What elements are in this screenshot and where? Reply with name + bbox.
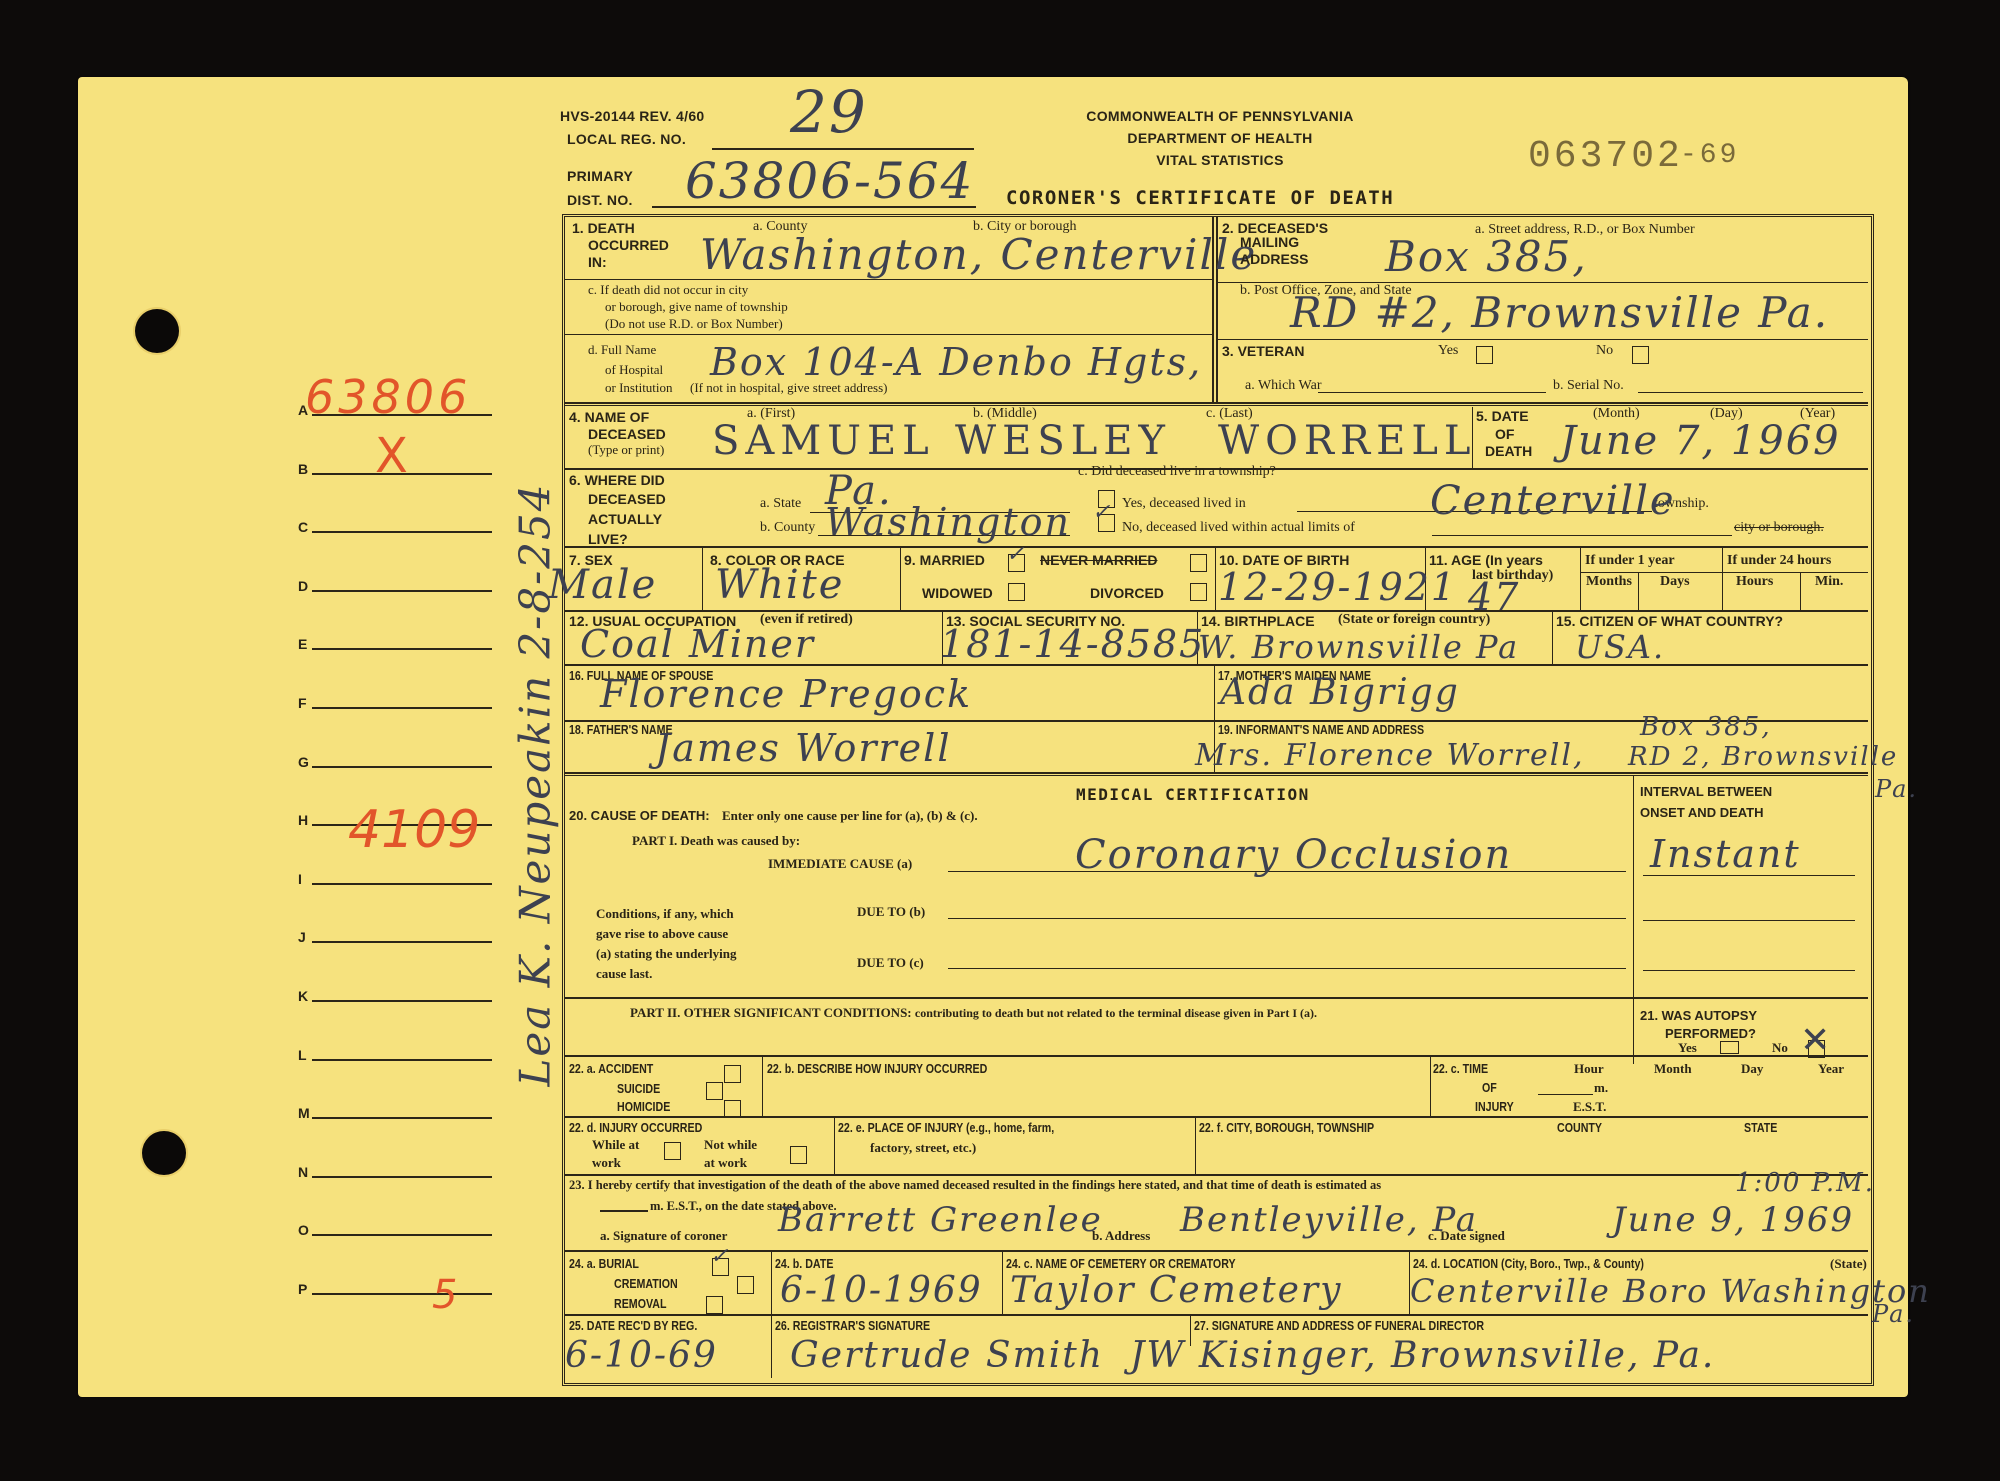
s5-label-3: DEATH [1485,442,1532,461]
s2-label-3: ADDRESS [1240,250,1308,269]
s3-no-label: No [1596,343,1613,359]
autopsy-yes-label: Yes [1678,1040,1697,1056]
s13-value: 181-14-8585 [940,622,1205,666]
margin-letter: F [298,695,307,711]
s22f-county: COUNTY [1557,1120,1602,1135]
margin-line [312,1059,492,1061]
cremation-checkbox[interactable] [737,1276,754,1294]
homicide-checkbox[interactable] [724,1100,741,1118]
s17-value: Ada Bigrigg [1220,672,1460,713]
part2-rest: contributing to death but not related to… [915,1006,1317,1020]
s3-yes-label: Yes [1438,343,1458,359]
certificate-year: -69 [1680,140,1739,171]
township-no-check-mark: ✓ [1092,500,1112,525]
s6-label-2: DECEASED [588,490,666,509]
s4-last-value: WORRELL [1218,418,1476,464]
s22d-label: 22. d. INJURY OCCURRED [569,1120,702,1135]
conditions-4: cause last. [596,966,652,982]
divider [1002,1252,1003,1314]
s22c-day: Day [1741,1061,1763,1077]
serial-line [1638,392,1863,393]
local-reg-label: LOCAL REG. NO. [567,131,686,147]
limits-line [1432,535,1732,536]
margin-letter: C [298,519,308,535]
interval-line-c [1643,970,1855,971]
margin-line [312,1234,492,1236]
s14-value: W. Brownsville Pa [1198,628,1519,666]
medical-heading: MEDICAL CERTIFICATION [1076,785,1310,804]
s6-county-label: b. County [760,520,815,536]
s23-date-label: c. Date signed [1428,1228,1505,1244]
s22-homicide: HOMICIDE [617,1099,670,1114]
s19-label: 19. INFORMANT'S NAME AND ADDRESS [1218,722,1424,737]
autopsy-yes-checkbox[interactable] [1720,1041,1739,1054]
margin-line [312,707,492,709]
s23-date-value: June 9, 1969 [1612,1200,1854,1240]
s2-post-value: RD #2, Brownsville Pa. [1290,288,1829,337]
margin-letter: P [298,1281,307,1297]
s22f-state: STATE [1744,1120,1777,1135]
margin-letter: M [298,1105,310,1121]
margin-vertical-note: Lea K. Neupeakin 2-8-254 [511,435,560,1135]
s4-label-3: (Type or print) [588,442,664,458]
s6-no-option: No, deceased lived within actual limits … [1122,520,1355,536]
widowed-checkbox[interactable] [1008,583,1025,601]
divider [900,548,901,610]
margin-red-h: 4109 [348,800,480,860]
margin-line [312,1293,492,1295]
divider [565,1116,1868,1118]
cause-label: 20. CAUSE OF DEATH: [569,808,710,823]
divider [1215,548,1216,610]
s22c-label-3: INJURY [1475,1099,1514,1114]
margin-letter: K [298,988,308,1004]
immediate-label: IMMEDIATE CAUSE (a) [768,856,912,872]
s22c-year: Year [1818,1061,1844,1077]
s15-value: USA. [1575,628,1665,666]
divider [1722,548,1723,610]
s23-address-label: b. Address [1092,1228,1150,1244]
divider [1552,612,1553,664]
due-c-label: DUE TO (c) [857,955,924,971]
divider [565,402,1868,404]
divider [565,334,1213,335]
s22c-label-2: OF [1482,1080,1497,1095]
s1-label-3: IN: [588,253,607,272]
s16-value: Florence Pregock [600,672,972,716]
margin-red-b: X [375,428,408,484]
s11-months-label: Months [1586,574,1632,590]
s24b-label: 24. b. DATE [775,1256,833,1271]
punch-hole-top [135,309,179,353]
s5-label-1: 5. DATE [1476,407,1529,426]
divorced-checkbox[interactable] [1190,583,1207,601]
s22e-label-2: factory, street, etc.) [870,1140,976,1156]
margin-line [312,766,492,768]
s11-under1-label: If under 1 year [1585,553,1675,569]
s24c-label: 24. c. NAME OF CEMETERY OR CREMATORY [1006,1256,1236,1271]
divider [565,1250,1868,1252]
s1-township-1: c. If death did not occur in city [588,282,748,298]
due-b-label: DUE TO (b) [857,904,925,920]
s1-township-2: or borough, give name of township [605,299,788,315]
margin-line [312,1176,492,1178]
s6-label-1: 6. WHERE DID [569,463,665,490]
margin-line [312,883,492,885]
local-reg-line [712,148,974,150]
agency-line-1: COMMONWEALTH OF PENNSYLVANIA [1060,108,1380,124]
divider [1800,572,1801,610]
s4-first-value: SAMUEL [712,418,935,464]
s6-township-question: c. Did deceased live in a township? [1078,464,1276,480]
s14-hint: (State or foreign country) [1338,612,1490,628]
s22d-not-1: Not while [704,1137,757,1153]
s11-min-label: Min. [1815,574,1843,590]
s24-removal: REMOVAL [614,1296,667,1311]
s22e-label-1: 22. e. PLACE OF INJURY (e.g., home, farm… [838,1120,1054,1135]
s2-street-value: Box 385, [1385,232,1588,281]
local-reg-value: 29 [790,78,868,146]
s22a-label: 22. a. ACCIDENT [569,1061,653,1076]
divider [1633,776,1634,1064]
s22c-m: m. [1594,1080,1608,1096]
s6-yes-option: Yes, deceased lived in [1122,496,1246,512]
suicide-checkbox[interactable] [706,1082,723,1100]
dist-value: 63806-564 [685,152,974,210]
s18-value: James Worrell [655,726,951,770]
s10-value: 12-29-1921 [1218,565,1457,609]
divider [1218,339,1868,340]
s7-value: Male [548,562,657,608]
burial-check-mark: ✓ [710,1244,730,1269]
margin-line [312,531,492,533]
s24d-label: 24. d. LOCATION (City, Boro., Twp., & Co… [1413,1256,1644,1271]
autopsy-label-2: PERFORMED? [1665,1026,1756,1041]
s23-sig-value: Barrett Greenlee [778,1200,1103,1240]
war-line [1318,392,1546,393]
immediate-value: Coronary Occlusion [1075,832,1512,878]
interval-value: Instant [1650,832,1801,876]
s22d-while-1: While at [592,1137,639,1153]
s22c-label-1: 22. c. TIME [1433,1061,1488,1076]
s6-county-value: Washington [825,500,1071,544]
margin-letter: O [298,1222,309,1238]
s6-limits-value: Centerville [1430,478,1676,524]
divider [1638,572,1639,610]
s3-label: 3. VETERAN [1222,342,1304,361]
s3-war-label: a. Which War [1245,378,1322,394]
s1-hospital-1: d. Full Name [588,342,656,358]
s3-serial-label: b. Serial No. [1553,378,1624,394]
agency-line-3: VITAL STATISTICS [1060,152,1380,168]
s1-hospital-2: of Hospital [605,362,663,378]
time-line [1538,1094,1593,1095]
s11-hours-label: Hours [1736,574,1773,590]
s23-sig-label: a. Signature of coroner [600,1228,727,1244]
s22-suicide: SUICIDE [617,1081,660,1096]
interval-label-2: ONSET AND DEATH [1640,805,1764,820]
s19-value: Mrs. Florence Worrell, [1195,738,1585,773]
divider [565,1174,1868,1176]
s23-certify-text: 23. I hereby certify that investigation … [569,1178,1381,1193]
veteran-no-checkbox[interactable] [1632,346,1649,364]
s22c-month: Month [1654,1061,1692,1077]
margin-letter: G [298,754,309,770]
divider [565,546,1868,548]
s19-address-2: RD 2, Brownsville [1628,742,1898,772]
interval-line-b [1643,920,1855,921]
s27-value: JW Kisinger, Brownsville, Pa. [1130,1335,1715,1376]
part2-label: PART II. OTHER SIGNIFICANT CONDITIONS: c… [630,1005,1317,1021]
s22c-hour: Hour [1574,1061,1604,1077]
margin-letter: E [298,636,307,652]
est-line [600,1210,648,1212]
s1-hospital-value: Box 104-A Denbo Hgts, [710,340,1202,384]
margin-letter: N [298,1164,308,1180]
s25-label: 25. DATE REC'D BY REG. [569,1318,697,1333]
certificate-title: CORONER'S CERTIFICATE OF DEATH [1006,187,1394,209]
s24b-value: 6-10-1969 [780,1270,983,1311]
s6-label-4: LIVE? [588,530,628,549]
margin-line [312,1117,492,1119]
divider [565,775,1868,776]
s25-value: 6-10-69 [565,1335,718,1376]
s24-cremation: CREMATION [614,1276,678,1291]
s9-never-married: NEVER MARRIED [1040,551,1157,570]
s26-value: Gertrude Smith [790,1335,1104,1376]
s27-label: 27. SIGNATURE AND ADDRESS OF FUNERAL DIR… [1194,1318,1484,1333]
agency-line-2: DEPARTMENT OF HEALTH [1060,130,1380,146]
margin-line [312,1000,492,1002]
s11-days-label: Days [1660,574,1690,590]
divider [834,1118,835,1174]
primary-label: PRIMARY [567,168,633,184]
veteran-yes-checkbox[interactable] [1476,346,1493,364]
s6-state-label: a. State [760,496,801,512]
margin-letter: D [298,578,308,594]
s9-widowed: WIDOWED [922,584,993,603]
s22c-est: E.S.T. [1573,1099,1606,1115]
cause-hint: Enter only one cause per line for (a), (… [722,808,978,824]
s24d-state-label: (State) [1830,1256,1867,1272]
married-check-mark: ✓ [1006,542,1026,567]
divider [771,1252,772,1314]
form-id: HVS-20144 REV. 4/60 [560,108,705,124]
s24d-value: Centerville Boro Washington [1410,1272,1931,1310]
s1-county-city-value: Washington, Centerville [700,230,1257,279]
certificate-number: 063702 [1528,135,1683,178]
divider [1430,1057,1431,1116]
s6-no-suffix: city or borough. [1734,520,1824,536]
due-c-line [948,968,1626,969]
autopsy-label-1: 21. WAS AUTOPSY [1640,1008,1757,1023]
s24-burial: 24. a. BURIAL [569,1256,639,1271]
s24c-value: Taylor Cemetery [1010,1270,1342,1311]
divider [771,1316,772,1378]
margin-letter: J [298,929,306,945]
divider [1580,572,1868,573]
autopsy-no-label: No [1772,1040,1788,1056]
accident-checkbox[interactable] [724,1065,741,1083]
s22b-label: 22. b. DESCRIBE HOW INJURY OCCURRED [767,1061,987,1076]
divider [565,997,1868,999]
punch-hole-bottom [142,1131,186,1175]
part1-label: PART I. Death was caused by: [632,833,800,849]
divider [762,1057,763,1116]
s26-label: 26. REGISTRAR'S SIGNATURE [775,1318,930,1333]
removal-checkbox[interactable] [706,1296,723,1314]
s24d-state-value: Pa. [1872,1300,1915,1328]
due-b-line [948,918,1626,919]
dist-label: DIST. NO. [567,192,633,208]
s8-value: White [715,562,844,608]
s23-time-value: 1:00 P.M. [1735,1168,1875,1198]
conditions-2: gave rise to above cause [596,926,728,942]
margin-line [312,648,492,650]
part2-bold: PART II. OTHER SIGNIFICANT CONDITIONS: [630,1005,912,1020]
divider [702,548,703,610]
s1-hospital-3: or Institution [605,380,673,396]
divider [1195,1118,1196,1174]
s6-label-3: ACTUALLY [588,510,662,529]
s22d-not-2: at work [704,1155,747,1171]
s4-middle-value: WESLEY [955,418,1171,464]
s11-under24-label: If under 24 hours [1727,553,1831,569]
divider [565,279,1213,280]
s9-divorced: DIVORCED [1090,584,1164,603]
s9-married: 9. MARRIED [904,551,985,570]
s19-address-3: Pa. [1875,775,1918,803]
not-while-at-work-checkbox[interactable] [790,1146,807,1164]
divider [1580,548,1581,610]
margin-line [312,590,492,592]
margin-letter: H [298,812,308,828]
conditions-1: Conditions, if any, which [596,906,734,922]
never-married-checkbox[interactable] [1190,554,1207,572]
while-at-work-checkbox[interactable] [664,1142,681,1160]
s12-value: Coal Miner [580,622,815,666]
margin-letter: L [298,1047,307,1063]
divider [565,1055,1868,1057]
margin-line [312,941,492,943]
margin-red-a: 63806 [305,370,471,424]
s19-address-1: Box 385, [1640,712,1772,742]
divider [565,1314,1868,1316]
margin-red-p: 5 [432,1272,457,1318]
conditions-3: (a) stating the underlying [596,946,736,962]
margin-letter: B [298,461,308,477]
s22f-label: 22. f. CITY, BOROUGH, TOWNSHIP [1199,1120,1374,1135]
s5-date-value: June 7, 1969 [1560,418,1841,464]
margin-letter: I [298,871,302,887]
s22d-while-2: work [592,1155,621,1171]
s1-township-3: (Do not use R.D. or Box Number) [605,316,783,332]
interval-label-1: INTERVAL BETWEEN [1640,784,1772,799]
